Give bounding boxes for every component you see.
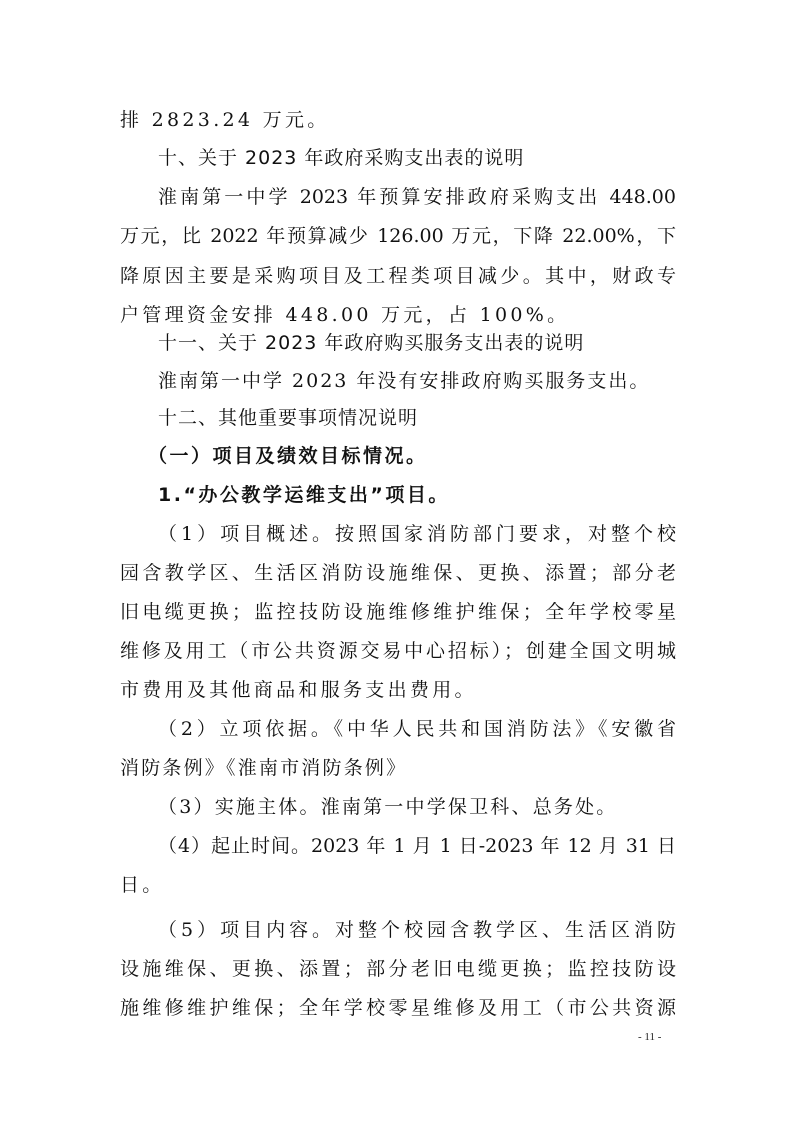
paragraph-line: 旧电缆更换；监控技防设施维修维护维保；全年学校零星 <box>120 599 676 625</box>
paragraph-line: 户管理资金安排 448.00 万元，占 100%。 <box>120 302 676 328</box>
paragraph-line: 市费用及其他商品和服务支出费用。 <box>120 677 676 703</box>
paragraph-line: （2）立项依据。《中华人民共和国消防法》《安徽省 <box>158 716 676 742</box>
project-heading: 1.“办公教学运维支出”项目。 <box>158 482 676 508</box>
paragraph-line: 淮南第一中学 2023 年没有安排政府购买服务支出。 <box>158 368 676 394</box>
paragraph-line: 设施维保、更换、添置；部分老旧电缆更换；监控技防设 <box>120 956 676 982</box>
paragraph-line: 降原因主要是采购项目及工程类项目减少。其中，财政专 <box>120 263 676 289</box>
page-number: - 11 - <box>638 1031 661 1043</box>
paragraph-line: 淮南第一中学 2023 年预算安排政府采购支出 448.00 <box>158 184 676 210</box>
text-line-continuation: 排 2823.24 万元。 <box>120 107 676 133</box>
paragraph-line: 园含教学区、生活区消防设施维保、更换、添置；部分老 <box>120 560 676 586</box>
section-heading-11: 十一、关于 2023 年政府购买服务支出表的说明 <box>158 330 676 356</box>
paragraph-line: 万元，比 2022 年预算减少 126.00 万元，下降 22.00%，下 <box>120 223 676 249</box>
section-heading-12: 十二、其他重要事项情况说明 <box>158 405 676 431</box>
paragraph-line: （5）项目内容。对整个校园含教学区、生活区消防 <box>158 917 676 943</box>
document-page: 排 2823.24 万元。 十、关于 2023 年政府采购支出表的说明 淮南第一… <box>0 0 793 1122</box>
paragraph-line: 施维修维护维保；全年学校零星维修及用工（市公共资源 <box>120 995 676 1021</box>
paragraph-line: 维修及用工（市公共资源交易中心招标）；创建全国文明城 <box>120 638 676 664</box>
paragraph-line: 日。 <box>120 872 676 898</box>
paragraph-line: （1）项目概述。按照国家消防部门要求，对整个校 <box>158 521 676 547</box>
paragraph-line: 消防条例》《淮南市消防条例》 <box>120 755 676 781</box>
paragraph-line: （3）实施主体。淮南第一中学保卫科、总务处。 <box>158 794 676 820</box>
section-heading-10: 十、关于 2023 年政府采购支出表的说明 <box>158 145 676 171</box>
subsection-heading: （一）项目及绩效目标情况。 <box>148 443 704 469</box>
paragraph-line: （4）起止时间。2023 年 1 月 1 日-2023 年 12 月 31 日 <box>158 833 676 859</box>
